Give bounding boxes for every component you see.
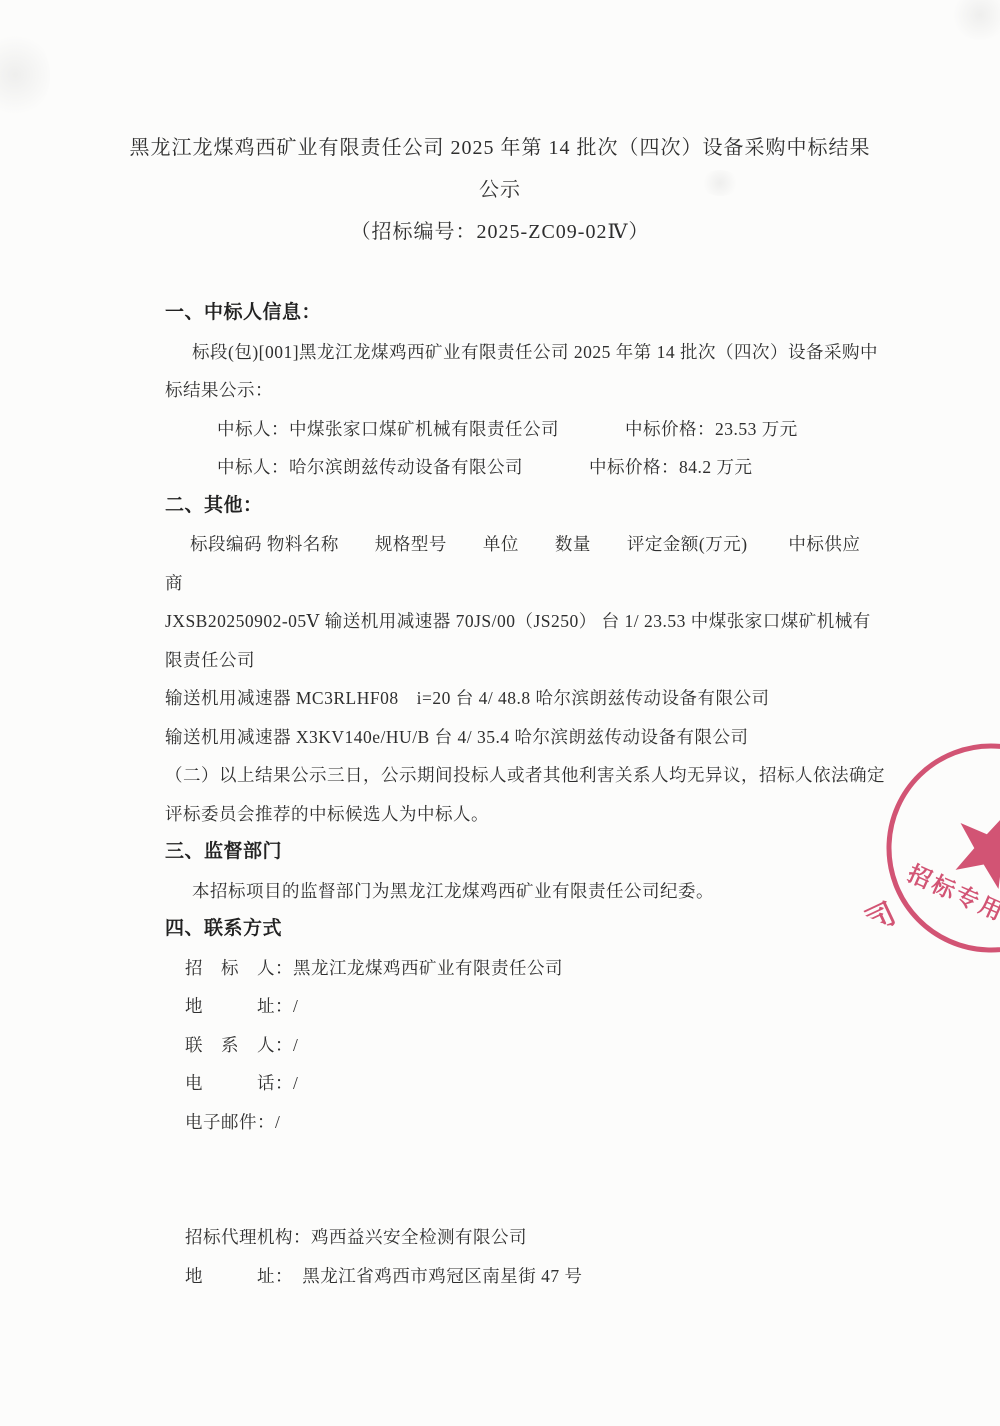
winner-label: 中标人： [217, 457, 289, 477]
contact-label: 联 系 人： [185, 1035, 293, 1055]
agency-address-value: 黑龙江省鸡西市鸡冠区南星街 47 号 [302, 1266, 582, 1286]
contact-label: 地 址： [185, 996, 293, 1016]
price-label: 中标价格： [625, 419, 715, 439]
table-header-line2: 商 [165, 564, 1000, 603]
contact-row-phone: 电 话：/ [165, 1064, 1000, 1103]
agency-label: 招标代理机构： [185, 1227, 311, 1247]
document-content: 黑龙江龙煤鸡西矿业有限责任公司 2025 年第 14 批次（四次）设备采购中标结… [0, 0, 1000, 1295]
section2-heading: 二、其他： [165, 487, 1000, 526]
agency-address-label: 地 址： [185, 1266, 302, 1286]
section3-heading: 三、监督部门 [165, 833, 1000, 872]
contact-label: 电子邮件： [185, 1112, 275, 1132]
document-title-line2: 公示 [0, 169, 1000, 211]
spacer [0, 253, 1000, 294]
contact-value: 黑龙江龙煤鸡西矿业有限责任公司 [293, 958, 563, 978]
contact-label: 招 标 人： [185, 958, 293, 978]
contact-row-email: 电子邮件：/ [165, 1103, 1000, 1142]
section2-note-line2: 评标委员会推荐的中标候选人为中标人。 [165, 795, 1000, 834]
section4-heading: 四、联系方式 [165, 910, 1000, 949]
contact-value: / [293, 996, 298, 1016]
contact-label: 电 话： [185, 1073, 293, 1093]
title-block: 黑龙江龙煤鸡西矿业有限责任公司 2025 年第 14 批次（四次）设备采购中标结… [0, 0, 1000, 253]
document-page: 黑龙江龙煤鸡西矿业有限责任公司 2025 年第 14 批次（四次）设备采购中标结… [0, 0, 1000, 1426]
section1-heading: 一、中标人信息： [165, 294, 1000, 333]
price-label: 中标价格： [589, 457, 679, 477]
price-value: 23.53 万元 [715, 419, 798, 439]
document-title-line1: 黑龙江龙煤鸡西矿业有限责任公司 2025 年第 14 批次（四次）设备采购中标结… [0, 127, 1000, 169]
section3-body: 本招标项目的监督部门为黑龙江龙煤鸡西矿业有限责任公司纪委。 [165, 872, 1000, 911]
contact-value: / [275, 1112, 280, 1132]
contact-row-address: 地 址：/ [165, 987, 1000, 1026]
winner-row-2: 中标人：哈尔滨朗兹传动设备有限公司中标价格：84.2 万元 [165, 448, 1000, 487]
table-row-line: JXSB20250902-05Ⅴ 输送机用减速器 70JS/00（JS250） … [165, 602, 1000, 641]
contact-row-bidder: 招 标 人：黑龙江龙煤鸡西矿业有限责任公司 [165, 949, 1000, 988]
agency-value: 鸡西益兴安全检测有限公司 [311, 1227, 527, 1247]
contact-value: / [293, 1073, 298, 1093]
tender-number: （招标编号：2025-ZC09-02Ⅳ） [0, 211, 1000, 253]
table-row-line: 输送机用减速器 X3KV140e/HU/B 台 4/ 35.4 哈尔滨朗兹传动设… [165, 718, 1000, 757]
agency-row: 招标代理机构：鸡西益兴安全检测有限公司 [165, 1218, 1000, 1257]
spacer [165, 1141, 1000, 1180]
price-value: 84.2 万元 [679, 457, 753, 477]
section1-paragraph-line1: 标段(包)[001]黑龙江龙煤鸡西矿业有限责任公司 2025 年第 14 批次（… [165, 333, 1000, 372]
table-header-line1: 标段编码 物料名称 规格型号 单位 数量 评定金额(万元) 中标供应 [165, 525, 1000, 564]
winner-name: 中煤张家口煤矿机械有限责任公司 [289, 419, 559, 439]
winner-label: 中标人： [217, 419, 289, 439]
section2-note-line1: （二）以上结果公示三日，公示期间投标人或者其他利害关系人均无异议，招标人依法确定 [165, 756, 1000, 795]
winner-row-1: 中标人：中煤张家口煤矿机械有限责任公司中标价格：23.53 万元 [165, 410, 1000, 449]
contact-row-person: 联 系 人：/ [165, 1026, 1000, 1065]
section1-paragraph-line2: 标结果公示： [165, 371, 1000, 410]
table-row-line: 限责任公司 [165, 641, 1000, 680]
contact-value: / [293, 1035, 298, 1055]
table-row-line: 输送机用减速器 MC3RLHF08 i=20 台 4/ 48.8 哈尔滨朗兹传动… [165, 679, 1000, 718]
winner-name: 哈尔滨朗兹传动设备有限公司 [289, 457, 523, 477]
agency-address-row: 地 址： 黑龙江省鸡西市鸡冠区南星街 47 号 [165, 1257, 1000, 1296]
spacer [165, 1180, 1000, 1219]
